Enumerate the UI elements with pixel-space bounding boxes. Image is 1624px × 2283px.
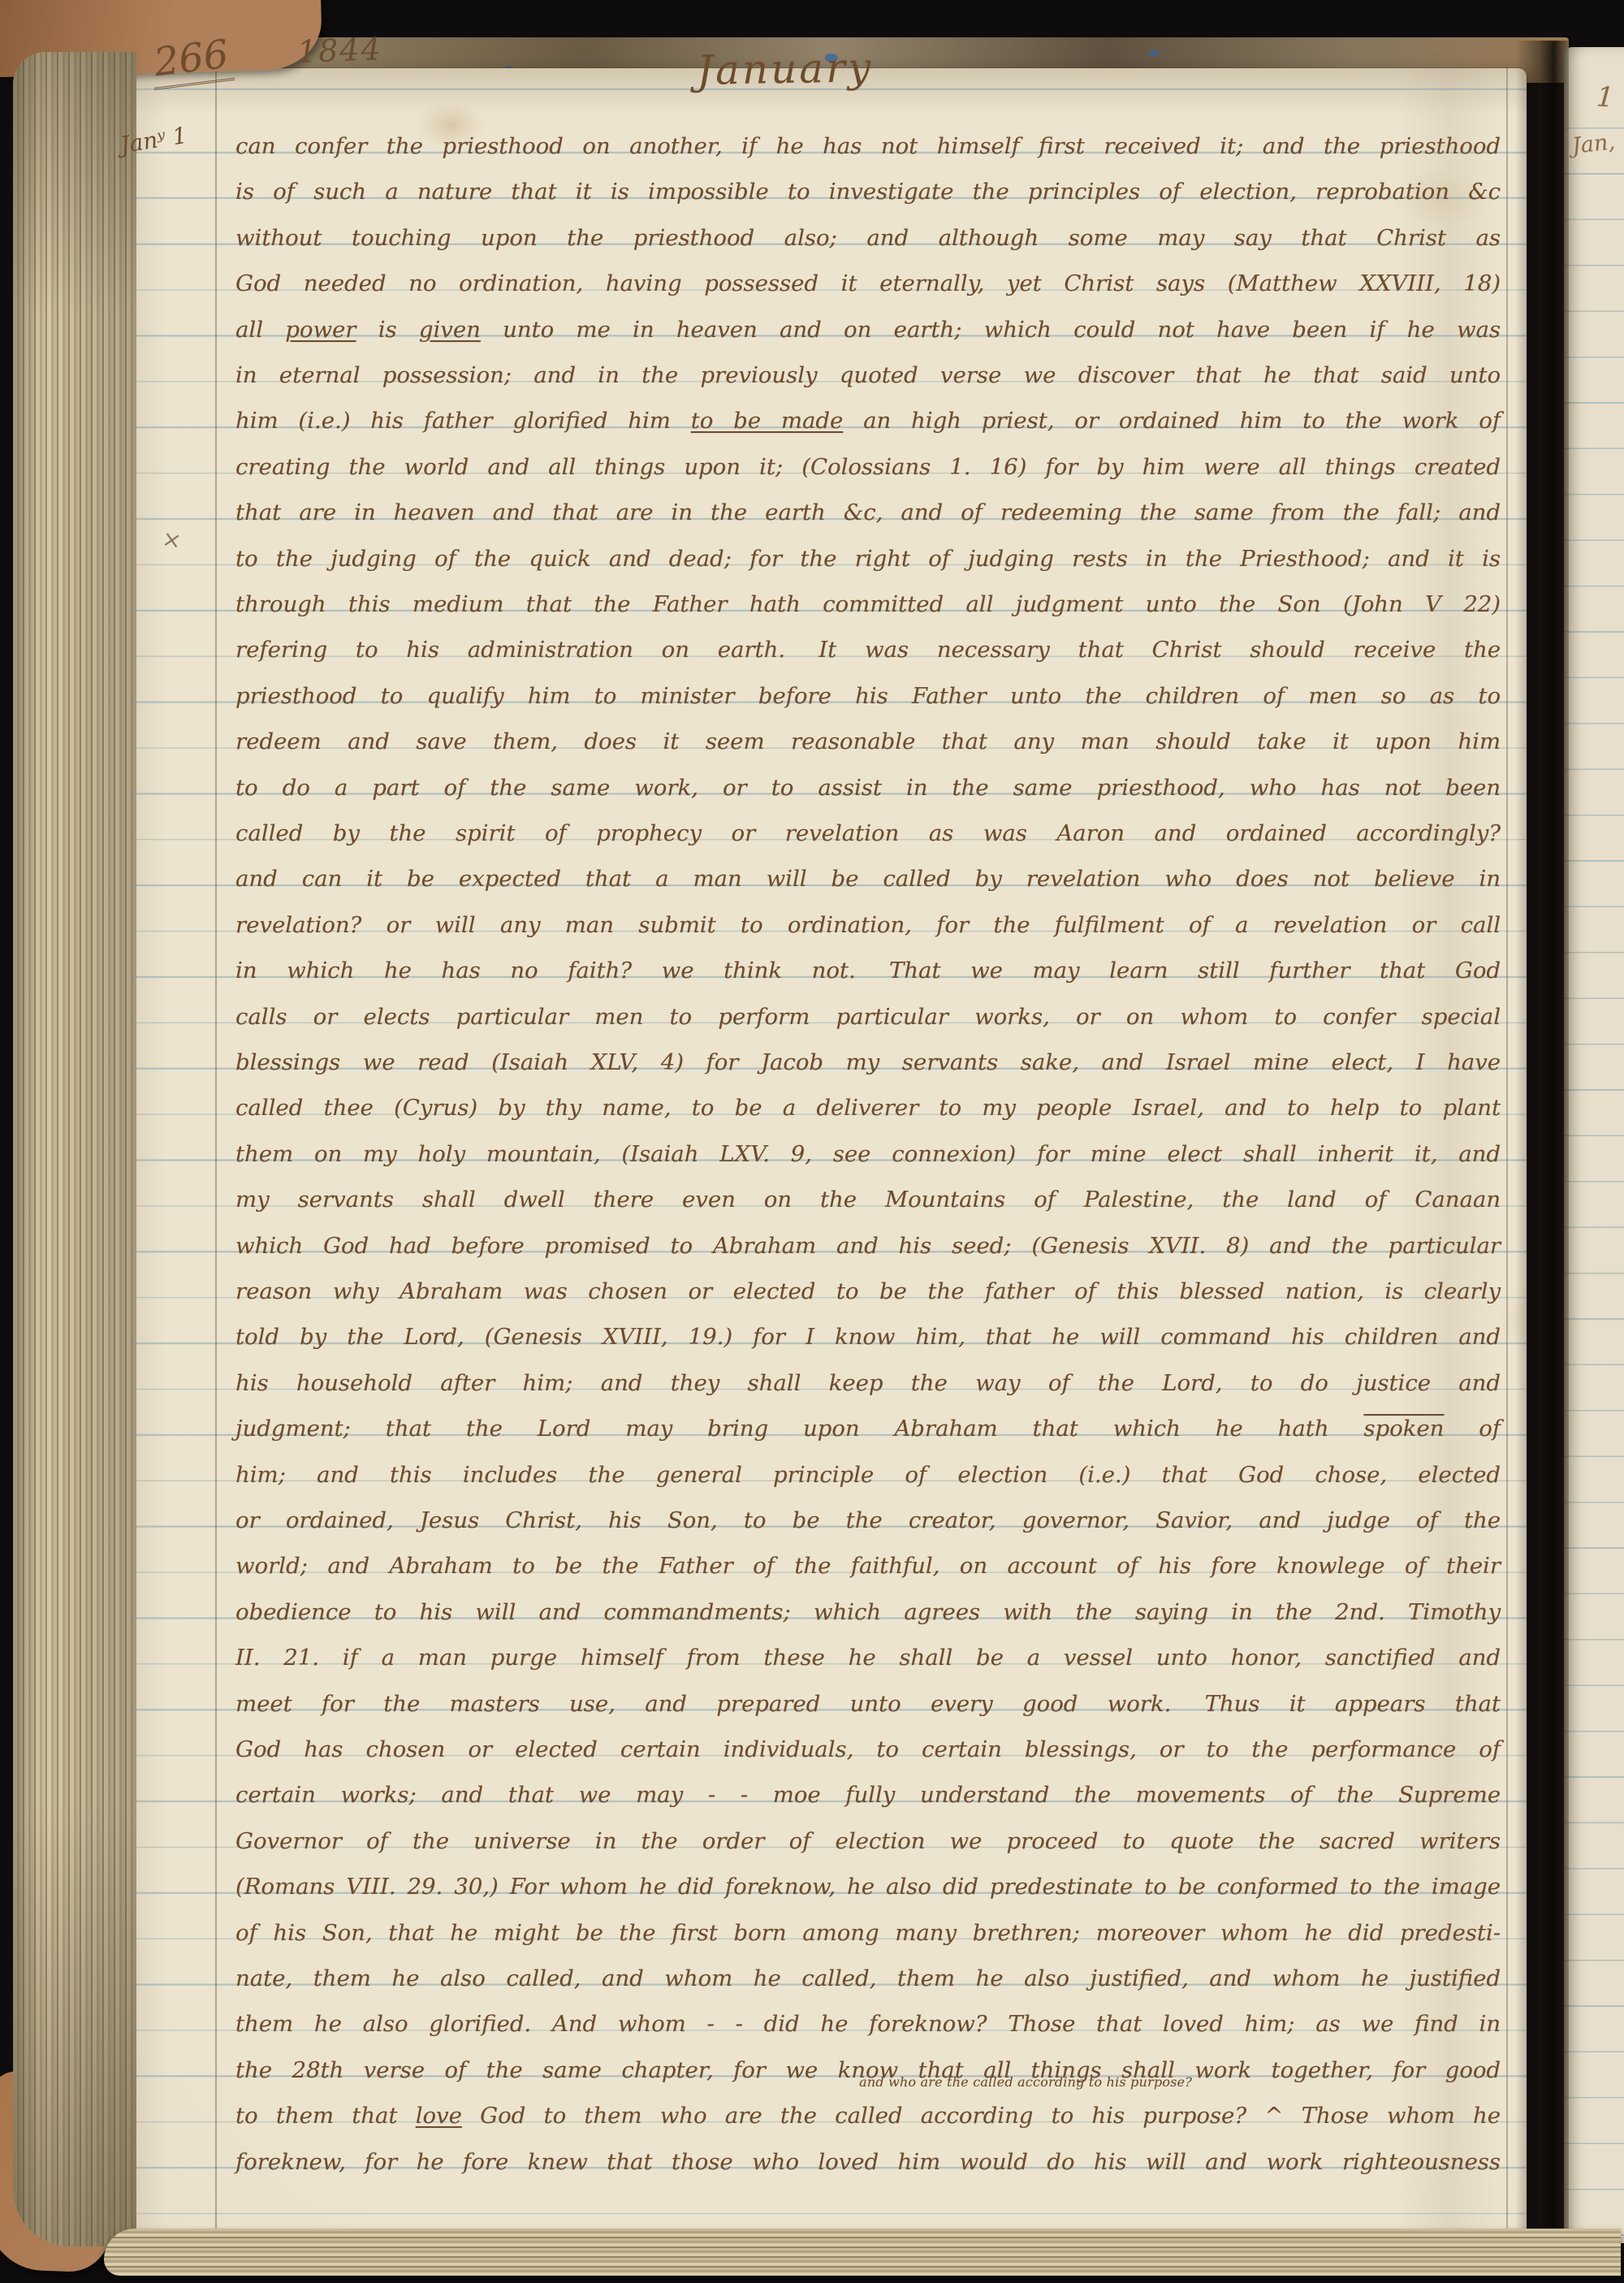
left-margin-rule xyxy=(215,68,217,2238)
manuscript-page xyxy=(110,68,1527,2238)
page-edges-left xyxy=(13,52,136,2246)
book-scan: 1 Jan, 266 1844 January Janʸ 1 × can con… xyxy=(0,0,1624,2283)
adjacent-page-year-fragment: 1 xyxy=(1596,80,1615,114)
page-edges-bottom xyxy=(104,2229,1621,2276)
book-gutter-shadow xyxy=(1515,41,1569,2246)
adjacent-page-margin-date: Jan, xyxy=(1571,129,1617,158)
adjacent-page-sliver: 1 Jan, xyxy=(1564,47,1624,2243)
right-margin-rule xyxy=(1506,68,1508,2238)
